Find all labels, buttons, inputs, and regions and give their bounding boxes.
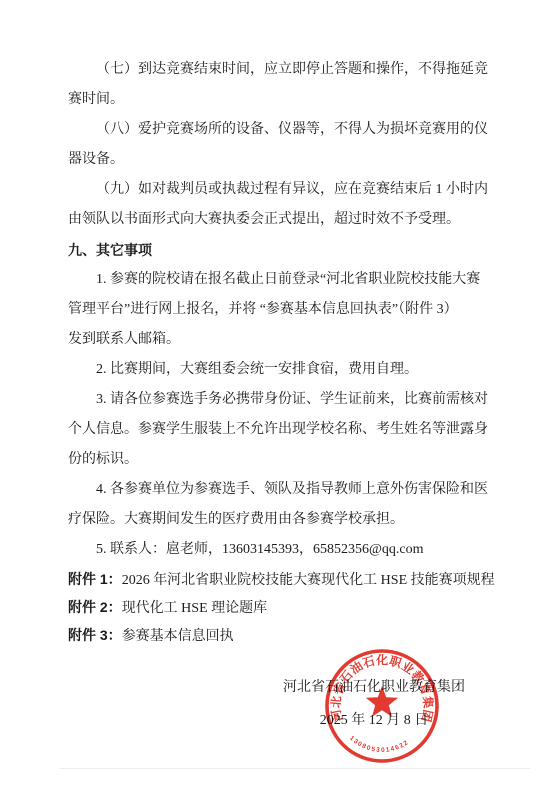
other-item-3-line-3: 份的标识。 <box>68 445 491 475</box>
document-body: （七）到达竞赛结束时间，应立即停止答题和操作，不得拖延竞 赛时间。 （八）爱护竞… <box>68 55 491 649</box>
paragraph-8-line-1: （八）爱护竞赛场所的设备、仪器等，不得人为损坏竞赛用的仪 <box>68 115 491 145</box>
attachment-2-title: 现代化工 HSE 理论题库 <box>122 601 267 616</box>
other-item-4-line-2: 疗保险。大赛期间发生的医疗费用由各参赛学校承担。 <box>68 505 491 535</box>
attachment-2-label: 附件 2： <box>68 599 122 615</box>
other-item-1-line-2: 管理平台”进行网上报名，并将 “参赛基本信息回执表”（附件 3） <box>68 295 491 325</box>
paragraph-7-line-2: 赛时间。 <box>68 85 491 115</box>
contact-info-line: 5. 联系人：扈老师，13603145393，65852356@qq.com <box>68 535 491 565</box>
other-item-1-line-1: 1. 参赛的院校请在报名截止日前登录“河北省职业院校技能大赛 <box>68 265 491 295</box>
seal-number: 1308053014622 <box>348 735 410 754</box>
attachment-item-2: 附件 2：现代化工 HSE 理论题库 <box>68 593 491 621</box>
section-heading-other-matters: 九、其它事项 <box>68 235 491 265</box>
attachment-1-label: 附件 1： <box>68 571 122 587</box>
other-item-2-line-1: 2. 比赛期间，大赛组委会统一安排食宿，费用自理。 <box>68 355 491 385</box>
other-item-4-line-1: 4. 各参赛单位为参赛选手、领队及指导教师上意外伤害保险和医 <box>68 475 491 505</box>
paragraph-9-line-2: 由领队以书面形式向大赛执委会正式提出，超过时效不予受理。 <box>68 205 491 235</box>
paragraph-7-line-1: （七）到达竞赛结束时间，应立即停止答题和操作，不得拖延竞 <box>68 55 491 85</box>
scan-artifact-line <box>60 768 530 769</box>
other-item-1-line-3: 发到联系人邮箱。 <box>68 325 491 355</box>
attachment-3-label: 附件 3： <box>68 627 122 643</box>
paragraph-8-line-2: 器设备。 <box>68 145 491 175</box>
signature-org-name: 河北省石油石化职业教育集团 <box>283 678 465 698</box>
other-item-3-line-1: 3. 请各位参赛选手务必携带身份证、学生证前来，比赛前需核对 <box>68 385 491 415</box>
attachment-3-title: 参赛基本信息回执 <box>122 629 234 644</box>
attachment-1-title: 2026 年河北省职业院校技能大赛现代化工 HSE 技能赛项规程 <box>122 573 495 588</box>
signature-date: 2025 年 12 月 8 日 <box>283 711 465 731</box>
document-page: （七）到达竞赛结束时间，应立即停止答题和操作，不得拖延竞 赛时间。 （八）爱护竞… <box>0 0 557 801</box>
attachment-item-1: 附件 1：2026 年河北省职业院校技能大赛现代化工 HSE 技能赛项规程 <box>68 565 491 593</box>
other-item-3-line-2: 个人信息。参赛学生服装上不允许出现学校名称、考生姓名等泄露身 <box>68 415 491 445</box>
attachment-item-3: 附件 3：参赛基本信息回执 <box>68 621 491 649</box>
signature-block: 河北省石油石化职业教育集团 2025 年 12 月 8 日 <box>283 678 465 731</box>
paragraph-9-line-1: （九）如对裁判员或执裁过程有异议，应在竞赛结束后 1 小时内 <box>68 175 491 205</box>
